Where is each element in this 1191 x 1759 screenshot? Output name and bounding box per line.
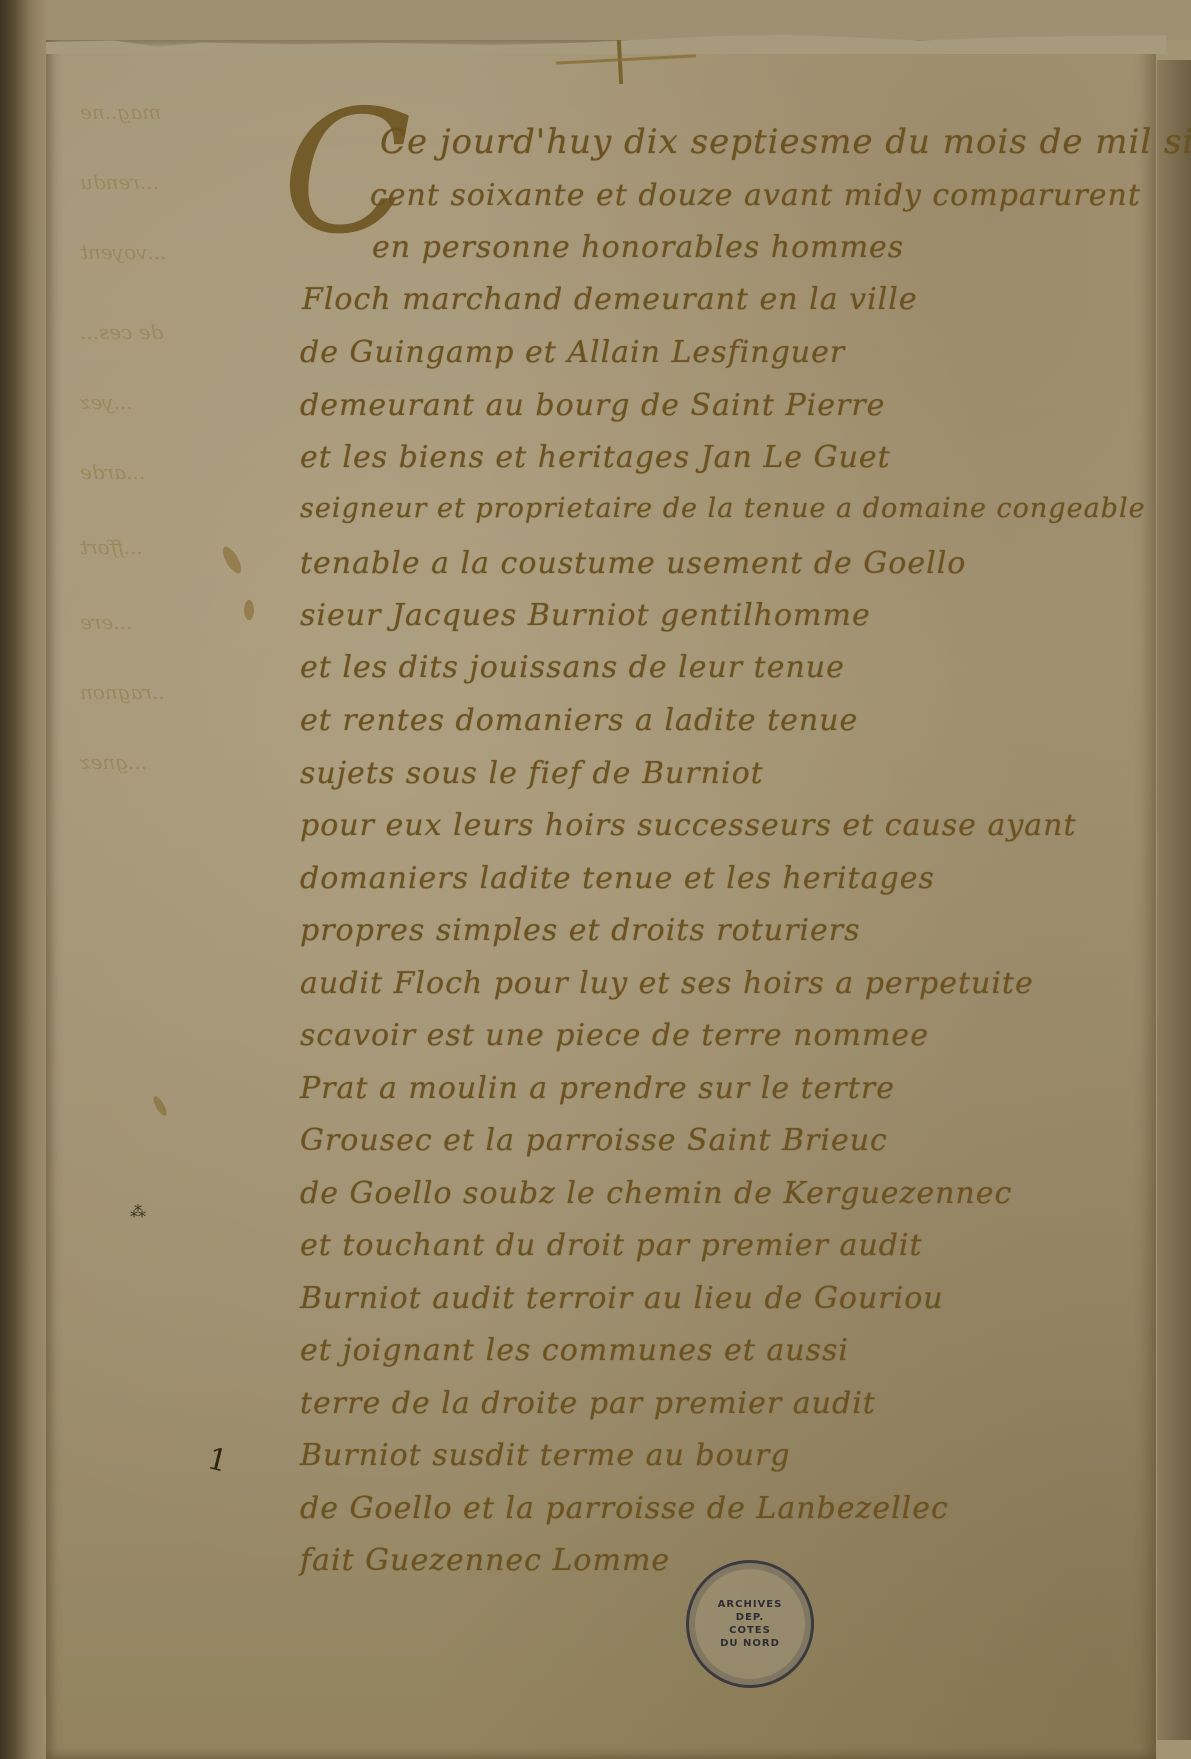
text-line: et rentes domaniers a ladite tenue xyxy=(300,703,858,738)
text-line: seigneur et proprietaire de la tenue a d… xyxy=(300,493,1146,524)
text-line: propres simples et droits roturiers xyxy=(300,913,861,948)
bleed-line: ...ffort xyxy=(80,535,143,559)
scanner-background-top xyxy=(46,0,1191,40)
manuscript-scan: C mag..ne ...rendu ...voyent de ces... .… xyxy=(0,0,1191,1759)
text-line: pour eux leurs hoirs successeurs et caus… xyxy=(300,808,1077,843)
text-line: sieur Jacques Burniot gentilhomme xyxy=(300,598,871,633)
text-line: et touchant du droit par premier audit xyxy=(300,1228,923,1263)
text-line: Floch marchand demeurant en la ville xyxy=(302,282,918,317)
bleed-line: mag..ne xyxy=(80,100,161,124)
stamp-line: ARCHIVES xyxy=(718,1598,783,1611)
text-line: Burniot audit terroir au lieu de Gouriou xyxy=(300,1281,944,1316)
text-line: de Guingamp et Allain Lesfinguer xyxy=(300,335,845,370)
stamp-line: DU NORD xyxy=(720,1637,780,1650)
bleed-line: ...rendu xyxy=(80,170,159,194)
text-line: et les biens et heritages Jan Le Guet xyxy=(300,440,891,475)
text-line: terre de la droite par premier audit xyxy=(300,1386,876,1421)
text-line: de Goello soubz le chemin de Kerguezenne… xyxy=(300,1176,1012,1211)
margin-asterism-mark: ⁂ xyxy=(130,1202,146,1221)
text-line: et les dits jouissans de leur tenue xyxy=(300,650,845,685)
archive-stamp: ARCHIVES DEP. COTES DU NORD xyxy=(686,1560,814,1688)
text-line: de Goello et la parroisse de Lanbezellec xyxy=(300,1491,949,1526)
bleed-line: ...voyent xyxy=(80,240,166,264)
text-line: domaniers ladite tenue et les heritages xyxy=(300,861,935,896)
stamp-line: COTES xyxy=(729,1624,771,1637)
bleed-line: ...yez xyxy=(80,390,133,414)
text-line: cent soixante et douze avant midy compar… xyxy=(370,178,1141,213)
bleed-line: ...ere xyxy=(80,610,132,634)
bleed-line: de ces... xyxy=(80,320,163,344)
text-line: Ce jourd'huy dix septiesme du mois de mi… xyxy=(380,122,1191,162)
text-line: tenable a la coustume usement de Goello xyxy=(300,546,966,581)
text-line: Burniot susdit terme au bourg xyxy=(300,1438,791,1473)
bleed-line: ...gnez xyxy=(80,750,147,774)
text-line: demeurant au bourg de Saint Pierre xyxy=(300,388,885,423)
text-line: audit Floch pour luy et ses hoirs a perp… xyxy=(300,966,1034,1001)
text-line: scavoir est une piece de terre nommee xyxy=(300,1018,929,1053)
ink-stain xyxy=(244,600,254,620)
bleed-line: ...arde xyxy=(80,460,145,484)
stamp-line: DEP. xyxy=(736,1611,764,1624)
text-line: sujets sous le fief de Burniot xyxy=(300,756,764,791)
text-line: en personne honorables hommes xyxy=(372,230,904,265)
text-line: et joignant les communes et aussi xyxy=(300,1333,849,1368)
text-line: Grousec et la parroisse Saint Brieuc xyxy=(300,1123,888,1158)
text-line: Prat a moulin a prendre sur le tertre xyxy=(300,1071,895,1106)
bleed-line: ..ragnon xyxy=(80,680,165,704)
adjacent-page-edge xyxy=(1157,60,1191,1740)
text-line: fait Guezennec Lomme xyxy=(300,1543,670,1578)
